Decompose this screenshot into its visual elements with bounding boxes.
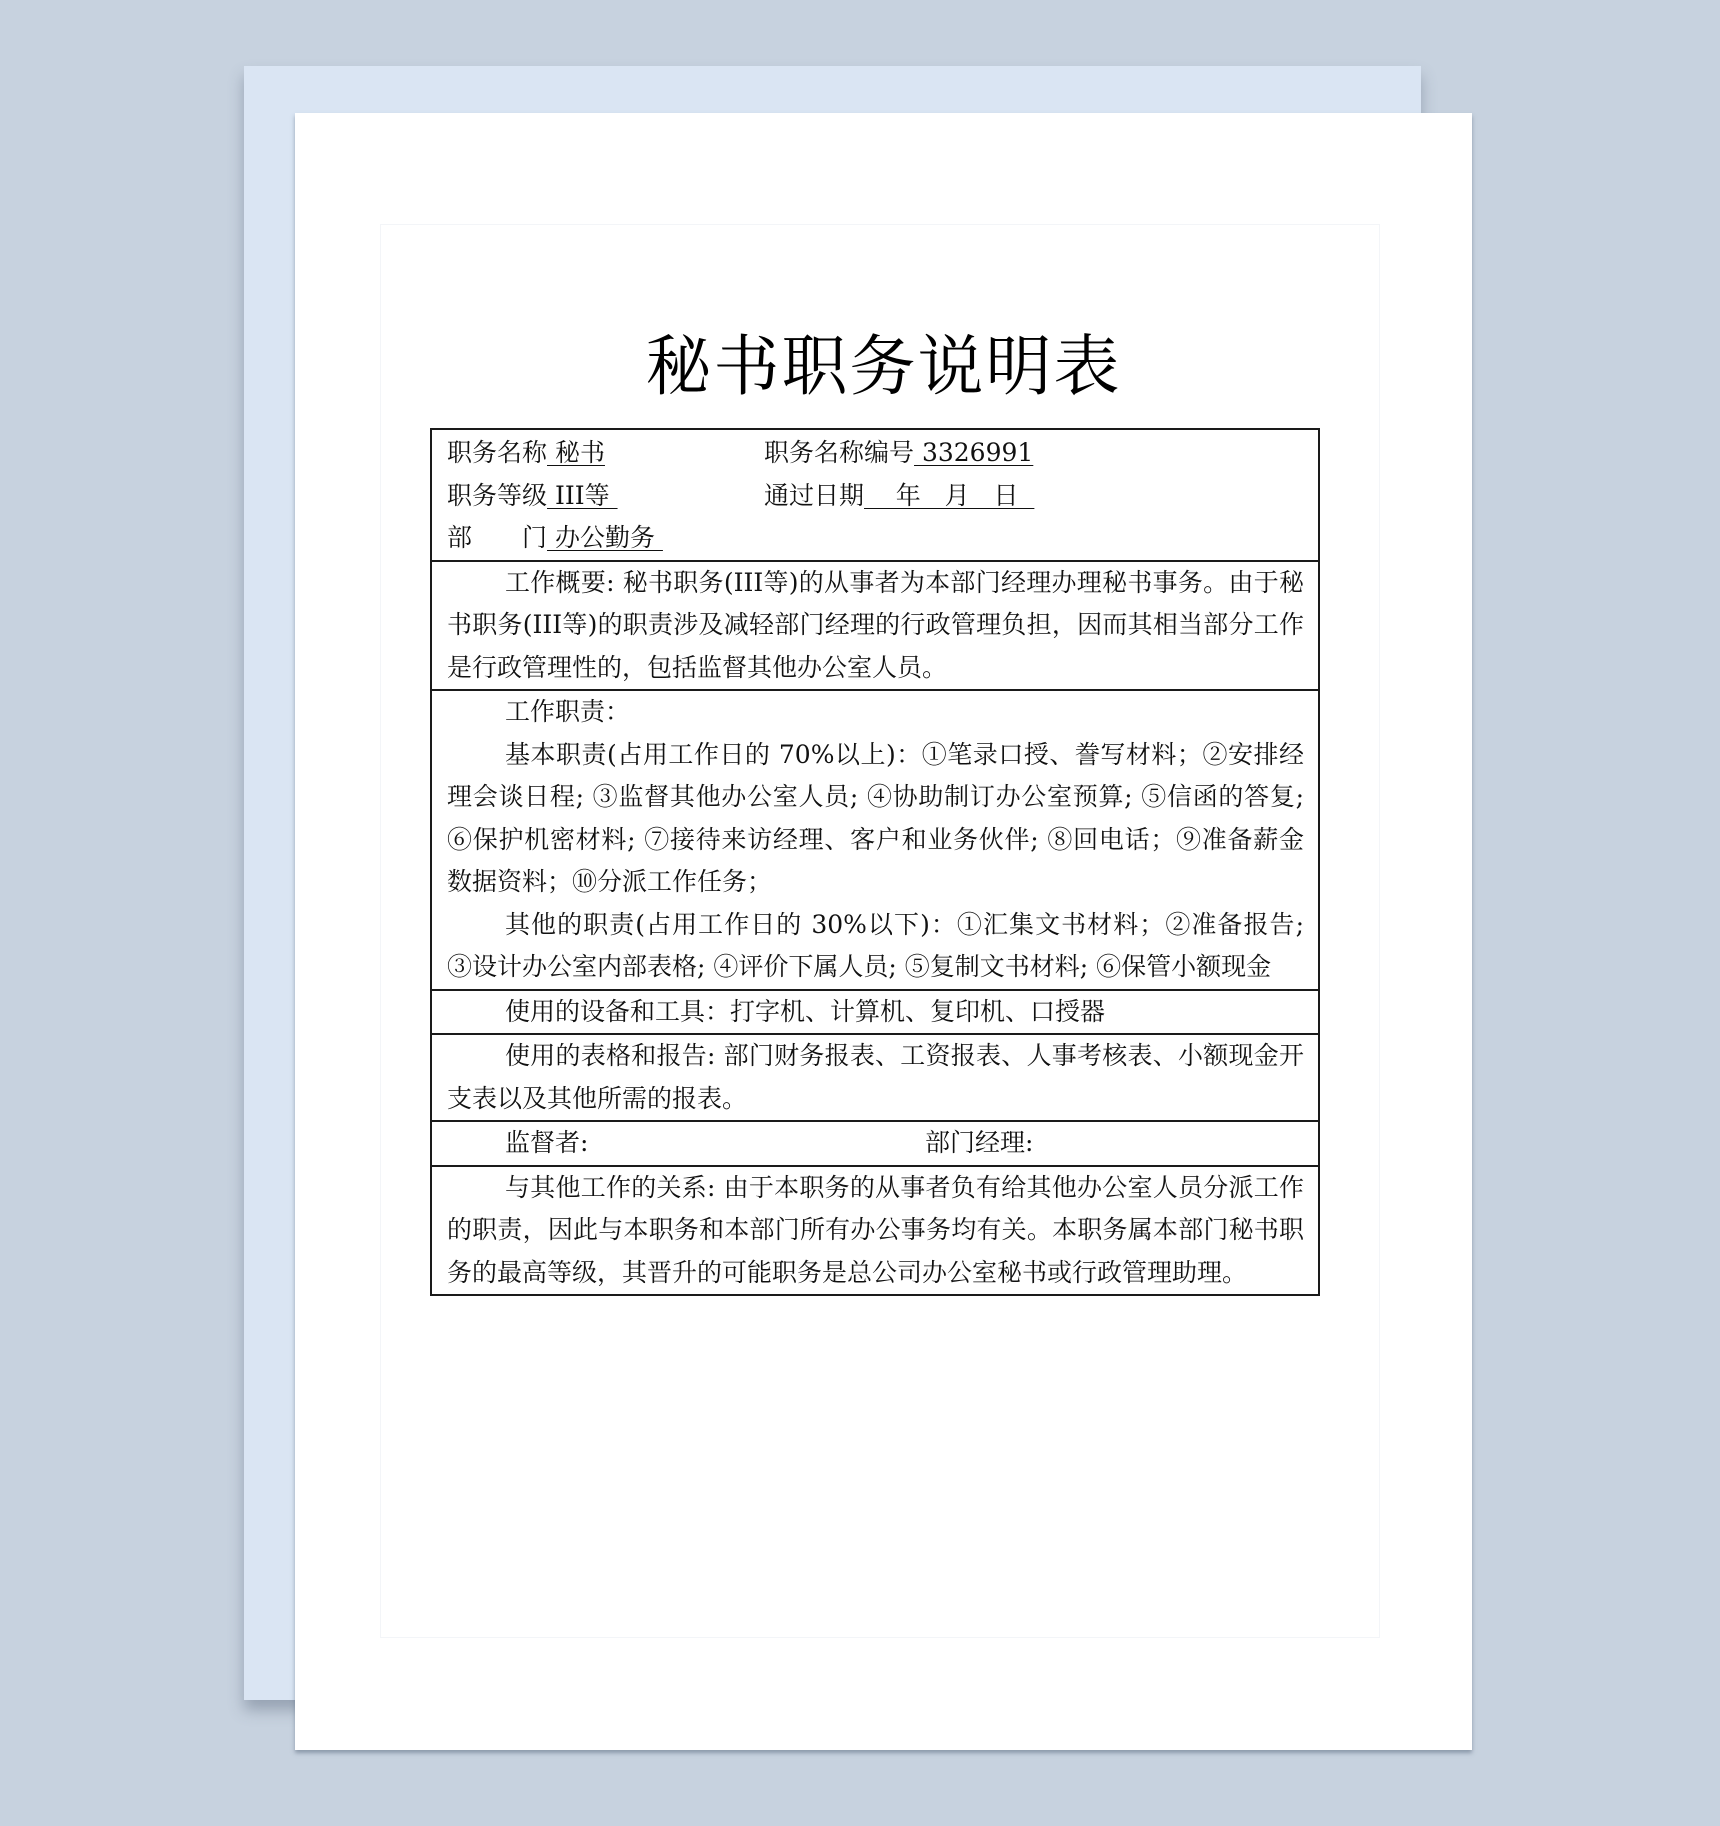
duties-heading: 工作职责：: [447, 691, 1304, 734]
department-field: 部 门 办公勤务: [447, 517, 764, 560]
header-fields-section: 职务名称 秘书 职务名称编号 3326991 职务等级 III等 通过日期 年 …: [432, 430, 1318, 560]
job-code-label: 职务名称编号: [764, 438, 914, 467]
job-description-table: 职务名称 秘书 职务名称编号 3326991 职务等级 III等 通过日期 年 …: [430, 428, 1320, 1296]
field-line-1: 职务名称 秘书 职务名称编号 3326991: [447, 432, 1304, 475]
approval-date-value: 年 月 日: [864, 481, 1034, 510]
job-code-value: 3326991: [914, 438, 1033, 467]
supervisor-signature: 监督者:: [447, 1122, 925, 1165]
approval-date-field: 通过日期 年 月 日: [764, 475, 1034, 518]
forms-reports-text: 使用的表格和报告: 部门财务报表、工资报表、人事考核表、小额现金开支表以及其他所…: [447, 1035, 1304, 1120]
document-page: 秘书职务说明表 职务名称 秘书 职务名称编号 3326991 职务等级 III等…: [295, 113, 1472, 1750]
field-line-3: 部 门 办公勤务: [447, 517, 1304, 560]
equipment-section: 使用的设备和工具：打字机、计算机、复印机、口授器: [432, 989, 1318, 1034]
equipment-text: 使用的设备和工具：打字机、计算机、复印机、口授器: [447, 991, 1304, 1034]
document-title: 秘书职务说明表: [295, 313, 1472, 408]
forms-reports-section: 使用的表格和报告: 部门财务报表、工资报表、人事考核表、小额现金开支表以及其他所…: [432, 1033, 1318, 1120]
relations-text: 与其他工作的关系: 由于本职务的从事者负有给其他办公室人员分派工作的职责，因此与…: [447, 1167, 1304, 1295]
signatures-section: 监督者: 部门经理:: [432, 1120, 1318, 1165]
other-duties-text: 其他的职责(占用工作日的 30%以下)：①汇集文书材料；②准备报告; ③设计办公…: [447, 904, 1304, 989]
duties-section: 工作职责： 基本职责(占用工作日的 70%以上)：①笔录口授、誊写材料；②安排经…: [432, 689, 1318, 989]
relations-section: 与其他工作的关系: 由于本职务的从事者负有给其他办公室人员分派工作的职责，因此与…: [432, 1165, 1318, 1295]
basic-duties-text: 基本职责(占用工作日的 70%以上)：①笔录口授、誊写材料；②安排经理会谈日程;…: [447, 734, 1304, 904]
job-name-label: 职务名称: [447, 438, 547, 467]
job-name-field: 职务名称 秘书: [447, 432, 764, 475]
summary-section: 工作概要: 秘书职务(III等)的从事者为本部门经理办理秘书事务。由于秘书职务(…: [432, 560, 1318, 690]
job-grade-value: III等: [547, 481, 618, 510]
approval-date-label: 通过日期: [764, 481, 864, 510]
job-code-field: 职务名称编号 3326991: [764, 432, 1033, 475]
department-label: 部 门: [447, 523, 547, 552]
job-grade-field: 职务等级 III等: [447, 475, 764, 518]
manager-signature: 部门经理:: [925, 1122, 1033, 1165]
department-value: 办公勤务: [547, 523, 663, 552]
job-name-value: 秘书: [547, 438, 605, 467]
job-grade-label: 职务等级: [447, 481, 547, 510]
summary-text: 工作概要: 秘书职务(III等)的从事者为本部门经理办理秘书事务。由于秘书职务(…: [447, 562, 1304, 690]
field-line-2: 职务等级 III等 通过日期 年 月 日: [447, 475, 1304, 518]
